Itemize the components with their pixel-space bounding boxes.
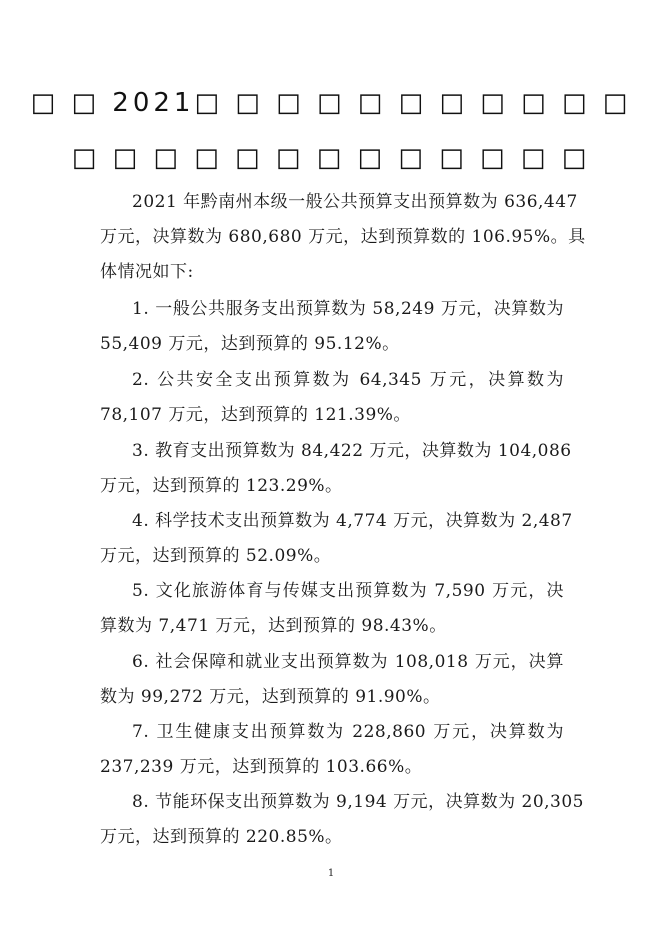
intro-line-1: 2021 年黔南州本级一般公共预算支出预算数为 636,447	[132, 191, 564, 213]
item-5-line-2: 算数为 7,471 万元，达到预算的 98.43%。	[100, 615, 564, 637]
item-8-line-2: 万元，达到预算的 220.85%。	[100, 826, 564, 848]
item-4-line-2: 万元，达到预算的 52.09%。	[100, 545, 564, 567]
document-title-line-2: □ □ □ □ □ □ □ □ □ □ □ □ □	[0, 143, 662, 173]
item-4-line-1: 4. 科学技术支出预算数为 4,774 万元，决算数为 2,487	[132, 510, 564, 532]
item-6-line-1: 6. 社会保障和就业支出预算数为 108,018 万元，决算	[132, 651, 564, 673]
item-2-line-2: 78,107 万元，达到预算的 121.39%。	[100, 404, 564, 426]
page-number: 1	[0, 868, 662, 879]
item-1-line-1: 1. 一般公共服务支出预算数为 58,249 万元，决算数为	[132, 298, 564, 320]
intro-line-3: 体情况如下:	[100, 261, 564, 283]
document-title-line-1: □ □ 2021□ □ □ □ □ □ □ □ □ □ □	[0, 88, 662, 118]
item-1-line-2: 55,409 万元，达到预算的 95.12%。	[100, 333, 564, 355]
item-7-line-2: 237,239 万元，达到预算的 103.66%。	[100, 756, 564, 778]
item-6-line-2: 数为 99,272 万元，达到预算的 91.90%。	[100, 686, 564, 708]
item-2-line-1: 2. 公共安全支出预算数为 64,345 万元，决算数为	[132, 369, 564, 391]
item-5-line-1: 5. 文化旅游体育与传媒支出预算数为 7,590 万元，决	[132, 580, 564, 602]
item-7-line-1: 7. 卫生健康支出预算数为 228,860 万元，决算数为	[132, 721, 564, 743]
item-3-line-2: 万元，达到预算的 123.29%。	[100, 475, 564, 497]
intro-line-2: 万元，决算数为 680,680 万元，达到预算数的 106.95%。具	[100, 226, 564, 248]
item-3-line-1: 3. 教育支出预算数为 84,422 万元，决算数为 104,086	[132, 440, 564, 462]
document-page: □ □ 2021□ □ □ □ □ □ □ □ □ □ □ □ □ □ □ □ …	[0, 0, 662, 936]
item-8-line-1: 8. 节能环保支出预算数为 9,194 万元，决算数为 20,305	[132, 791, 564, 813]
